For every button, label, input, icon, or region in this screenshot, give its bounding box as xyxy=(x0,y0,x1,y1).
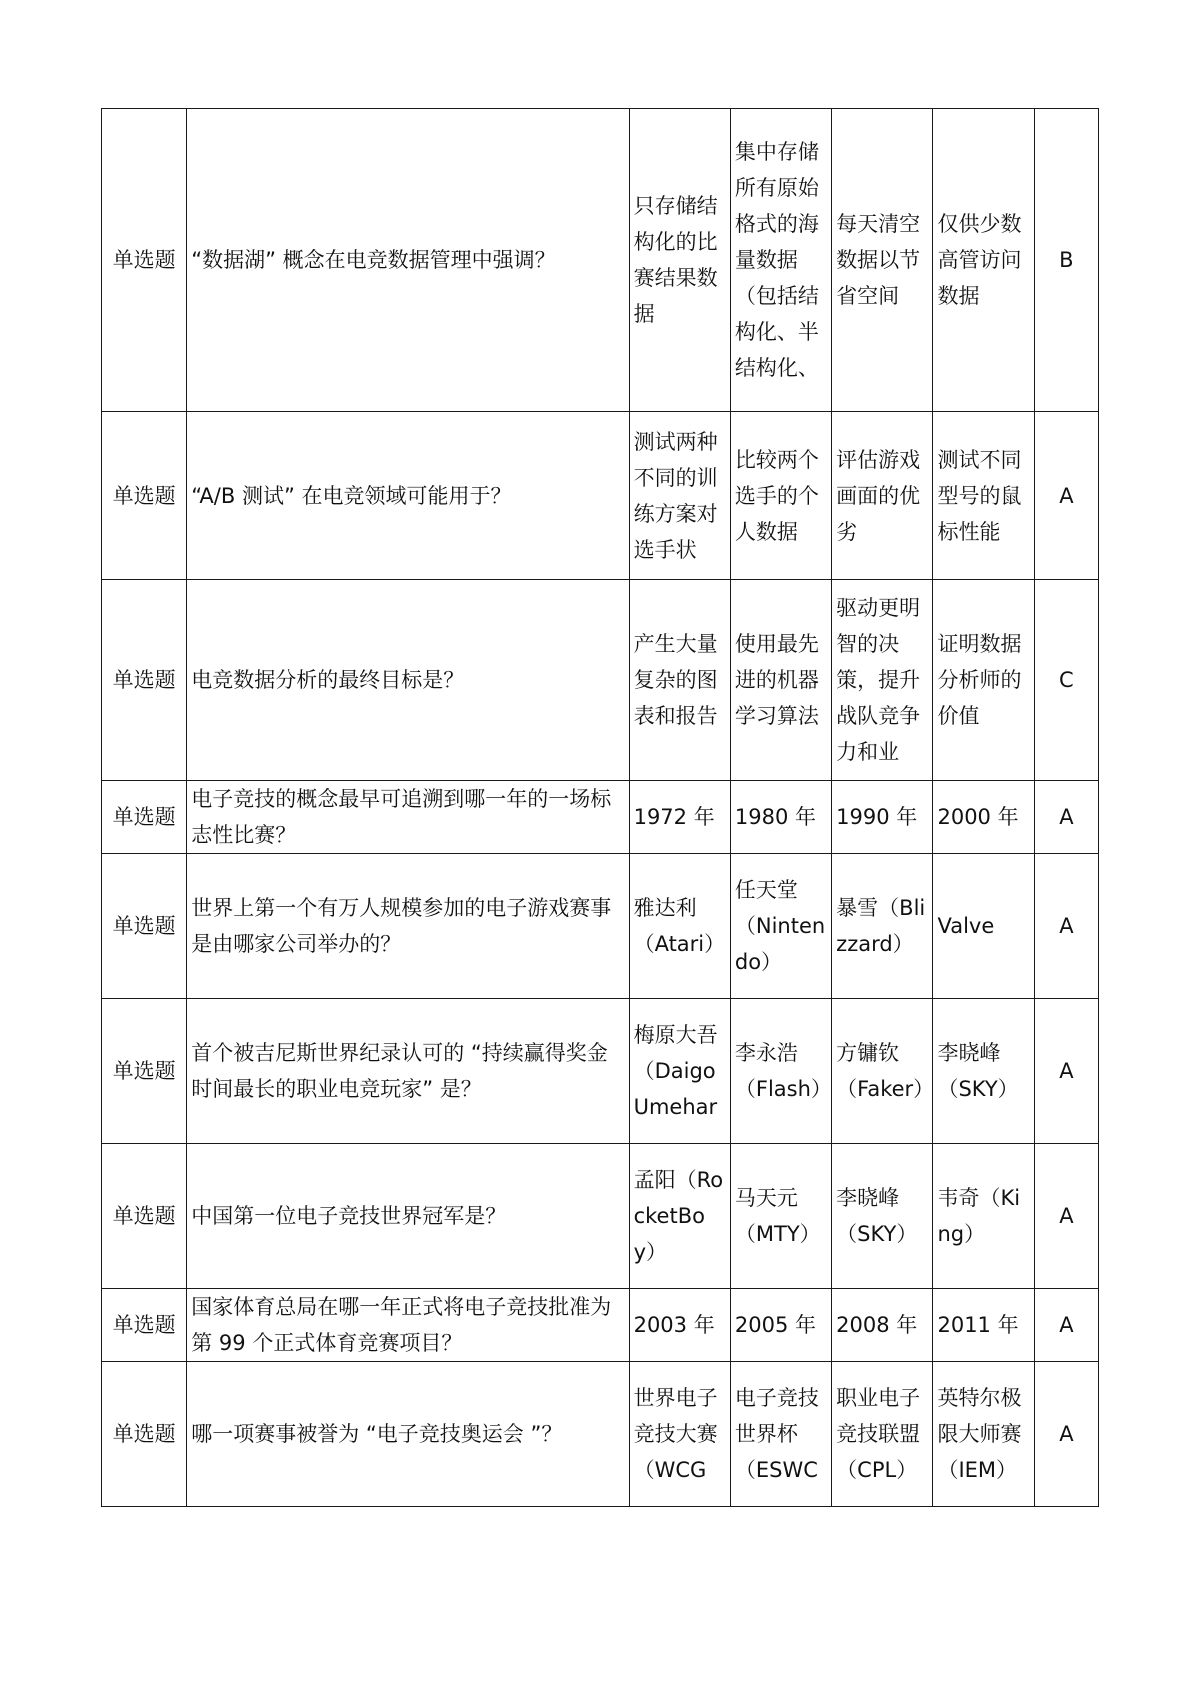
option-a: 孟阳（RocketBoy） xyxy=(629,1144,730,1289)
answer: A xyxy=(1034,1144,1098,1289)
option-b: 马天元（MTY） xyxy=(730,1144,831,1289)
option-c: 评估游戏画面的优劣 xyxy=(832,412,933,580)
question-text: 电竞数据分析的最终目标是？ xyxy=(187,580,629,781)
table-row: 单选题 国家体育总局在哪一年正式将电子竞技批准为第 99 个正式体育竞赛项目？ … xyxy=(102,1289,1099,1362)
table-row: 单选题 电子竞技的概念最早可追溯到哪一年的一场标志性比赛？ 1972 年 198… xyxy=(102,781,1099,854)
question-text: 首个被吉尼斯世界纪录认可的 “持续赢得奖金时间最长的职业电竞玩家” 是？ xyxy=(187,999,629,1144)
table-row: 单选题 “A/B 测试” 在电竞领域可能用于？ 测试两种不同的训练方案对选手状 … xyxy=(102,412,1099,580)
answer: A xyxy=(1034,999,1098,1144)
question-type: 单选题 xyxy=(102,412,187,580)
option-a: 2003 年 xyxy=(629,1289,730,1362)
answer: A xyxy=(1034,854,1098,999)
table-row: 单选题 电竞数据分析的最终目标是？ 产生大量复杂的图表和报告 使用最先进的机器学… xyxy=(102,580,1099,781)
question-type: 单选题 xyxy=(102,781,187,854)
option-c: 驱动更明智的决策，提升战队竞争力和业 xyxy=(832,580,933,781)
option-b-text: 集中存储所有原始格式的海量数据（包括结构化、半结构化、 xyxy=(735,134,827,386)
option-a: 1972 年 xyxy=(629,781,730,854)
option-d: 韦奇（King） xyxy=(933,1144,1034,1289)
answer: B xyxy=(1034,109,1098,412)
question-text: “A/B 测试” 在电竞领域可能用于？ xyxy=(187,412,629,580)
question-type: 单选题 xyxy=(102,1362,187,1507)
option-d: 2011 年 xyxy=(933,1289,1034,1362)
option-c: 方镛钦（Faker） xyxy=(832,999,933,1144)
option-d: 证明数据分析师的价值 xyxy=(933,580,1034,781)
question-type: 单选题 xyxy=(102,580,187,781)
option-d: Valve xyxy=(933,854,1034,999)
table-row: 单选题 “数据湖” 概念在电竞数据管理中强调？ 只存储结构化的比赛结果数据 集中… xyxy=(102,109,1099,412)
answer: A xyxy=(1034,412,1098,580)
option-d: 仅供少数高管访问数据 xyxy=(933,109,1034,412)
option-b: 2005 年 xyxy=(730,1289,831,1362)
quiz-table: 单选题 “数据湖” 概念在电竞数据管理中强调？ 只存储结构化的比赛结果数据 集中… xyxy=(101,108,1099,1507)
table-row: 单选题 首个被吉尼斯世界纪录认可的 “持续赢得奖金时间最长的职业电竞玩家” 是？… xyxy=(102,999,1099,1144)
option-b: 1980 年 xyxy=(730,781,831,854)
option-c: 李晓峰（SKY） xyxy=(832,1144,933,1289)
option-a: 梅原大吾（Daigo Umehar xyxy=(629,999,730,1144)
option-b: 集中存储所有原始格式的海量数据（包括结构化、半结构化、 xyxy=(730,109,831,412)
option-c: 暴雪（Blizzard） xyxy=(832,854,933,999)
option-a: 产生大量复杂的图表和报告 xyxy=(629,580,730,781)
option-b: 李永浩（Flash） xyxy=(730,999,831,1144)
question-type: 单选题 xyxy=(102,109,187,412)
option-d: 英特尔极限大师赛（IEM） xyxy=(933,1362,1034,1507)
question-type: 单选题 xyxy=(102,999,187,1144)
question-text: 电子竞技的概念最早可追溯到哪一年的一场标志性比赛？ xyxy=(187,781,629,854)
option-b: 任天堂（Nintendo） xyxy=(730,854,831,999)
option-d: 测试不同型号的鼠标性能 xyxy=(933,412,1034,580)
answer: A xyxy=(1034,781,1098,854)
question-type: 单选题 xyxy=(102,854,187,999)
option-c: 1990 年 xyxy=(832,781,933,854)
question-type: 单选题 xyxy=(102,1289,187,1362)
table-row: 单选题 哪一项赛事被誉为 “电子竞技奥运会 ”？ 世界电子竞技大赛（WCG 电子… xyxy=(102,1362,1099,1507)
table-row: 单选题 世界上第一个有万人规模参加的电子游戏赛事是由哪家公司举办的？ 雅达利（A… xyxy=(102,854,1099,999)
option-a: 世界电子竞技大赛（WCG xyxy=(629,1362,730,1507)
option-b: 比较两个选手的个人数据 xyxy=(730,412,831,580)
option-a: 测试两种不同的训练方案对选手状 xyxy=(629,412,730,580)
question-text: 哪一项赛事被誉为 “电子竞技奥运会 ”？ xyxy=(187,1362,629,1507)
table-row: 单选题 中国第一位电子竞技世界冠军是？ 孟阳（RocketBoy） 马天元（MT… xyxy=(102,1144,1099,1289)
option-a: 只存储结构化的比赛结果数据 xyxy=(629,109,730,412)
option-d: 李晓峰（SKY） xyxy=(933,999,1034,1144)
question-text: “数据湖” 概念在电竞数据管理中强调？ xyxy=(187,109,629,412)
question-type: 单选题 xyxy=(102,1144,187,1289)
answer: A xyxy=(1034,1289,1098,1362)
answer: A xyxy=(1034,1362,1098,1507)
option-b: 电子竞技世界杯（ESWC xyxy=(730,1362,831,1507)
question-text: 中国第一位电子竞技世界冠军是？ xyxy=(187,1144,629,1289)
answer: C xyxy=(1034,580,1098,781)
option-c: 职业电子竞技联盟（CPL） xyxy=(832,1362,933,1507)
document-page: 单选题 “数据湖” 概念在电竞数据管理中强调？ 只存储结构化的比赛结果数据 集中… xyxy=(0,0,1199,1696)
option-c: 2008 年 xyxy=(832,1289,933,1362)
question-text: 国家体育总局在哪一年正式将电子竞技批准为第 99 个正式体育竞赛项目？ xyxy=(187,1289,629,1362)
option-d: 2000 年 xyxy=(933,781,1034,854)
option-b: 使用最先进的机器学习算法 xyxy=(730,580,831,781)
option-c: 每天清空数据以节省空间 xyxy=(832,109,933,412)
option-c-text: 驱动更明智的决策，提升战队竞争力和业 xyxy=(836,590,928,770)
option-a: 雅达利（Atari） xyxy=(629,854,730,999)
question-text: 世界上第一个有万人规模参加的电子游戏赛事是由哪家公司举办的？ xyxy=(187,854,629,999)
